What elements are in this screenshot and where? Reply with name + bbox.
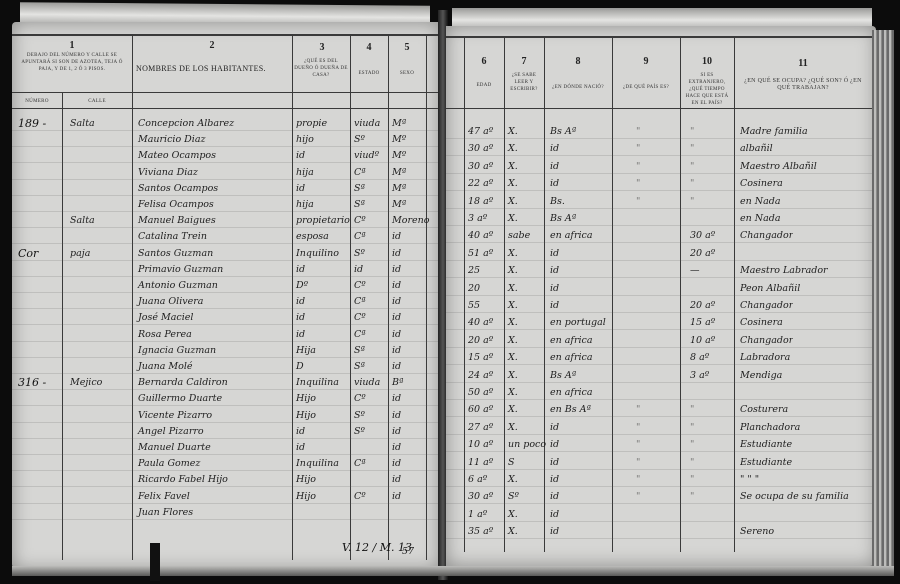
right-row-ocupacion: Maestro Albañil bbox=[740, 161, 817, 173]
col9-label: ¿DE QUÉ PAÍS ES? bbox=[614, 84, 678, 91]
left-row-estado: Cª bbox=[354, 231, 366, 243]
col8-label: ¿EN DÓNDE NACIÓ? bbox=[546, 84, 610, 91]
right-row-edad: 25 bbox=[468, 265, 480, 277]
row-rule bbox=[446, 138, 876, 139]
right-row-pais: " bbox=[636, 439, 640, 451]
row-rule bbox=[12, 162, 440, 163]
right-row-ocupacion: Estudiante bbox=[740, 439, 792, 451]
left-row-relacion: Hijo bbox=[296, 410, 316, 422]
left-row-nombre: Concepcion Albarez bbox=[138, 118, 234, 130]
right-row-tiempo: " bbox=[690, 143, 694, 155]
right-row-pais: " bbox=[636, 457, 640, 469]
right-row-edad: 11 aº bbox=[468, 457, 493, 469]
row-rule bbox=[12, 470, 440, 471]
right-row-pais: " bbox=[636, 404, 640, 416]
left-row-nombre: Manuel Baigues bbox=[138, 215, 216, 227]
left-row-nombre: Mateo Ocampos bbox=[138, 150, 216, 162]
right-row-lee: X. bbox=[508, 248, 518, 260]
right-row-lee: X. bbox=[508, 196, 518, 208]
header-bottom-rule bbox=[12, 92, 440, 93]
left-row-nombre: Felix Favel bbox=[138, 491, 190, 503]
row-rule bbox=[12, 276, 440, 277]
right-row-tiempo: 15 aº bbox=[690, 317, 715, 329]
left-row-estado: Cª bbox=[354, 458, 366, 470]
left-page: 1 DEBAJO DEL NÚMERO Y CALLE SE APUNTARÁ … bbox=[12, 22, 440, 570]
right-row-tiempo: 3 aº bbox=[690, 370, 709, 382]
row-rule bbox=[446, 416, 876, 417]
col1-label: DEBAJO DEL NÚMERO Y CALLE SE APUNTARÁ SI… bbox=[16, 52, 128, 73]
col11-label: ¿EN QUÉ SE OCUPA? ¿QUÉ SON? Ó ¿EN QUÉ TR… bbox=[742, 78, 864, 92]
right-row-lee: X. bbox=[508, 352, 518, 364]
right-row-pais: " bbox=[636, 143, 640, 155]
right-page-top-edge bbox=[452, 8, 872, 28]
row-rule bbox=[12, 503, 440, 504]
col1-number: 1 bbox=[62, 40, 82, 51]
right-row-ocupacion: " " " bbox=[740, 474, 759, 486]
left-row-sexo: id bbox=[392, 231, 401, 243]
col1-sub-calle: CALLE bbox=[64, 98, 130, 105]
col5-number: 5 bbox=[397, 42, 417, 53]
left-row-sexo: id bbox=[392, 345, 401, 357]
left-row-nombre: Juana Olivera bbox=[138, 296, 203, 308]
row-rule bbox=[12, 341, 440, 342]
bookmark-ribbon bbox=[150, 543, 160, 581]
right-row-pais: " bbox=[636, 491, 640, 503]
right-row-ocupacion: Mendiga bbox=[740, 370, 782, 382]
row-rule bbox=[446, 382, 876, 383]
row-rule bbox=[12, 195, 440, 196]
right-row-nacio: en africa bbox=[550, 230, 593, 242]
left-row-sexo: id bbox=[392, 329, 401, 341]
right-row-nacio: en africa bbox=[550, 335, 593, 347]
col7-label: ¿SE SABE LEER Y ESCRIBIR? bbox=[506, 72, 542, 93]
left-row-relacion: Inquilina bbox=[296, 377, 339, 389]
row-rule bbox=[12, 308, 440, 309]
right-row-lee: X. bbox=[508, 126, 518, 138]
right-row-edad: 35 aº bbox=[468, 526, 493, 538]
right-row-nacio: Bs Aª bbox=[550, 370, 576, 382]
right-row-nacio: Bs Aª bbox=[550, 213, 576, 225]
right-row-lee: X. bbox=[508, 317, 518, 329]
col9-number: 9 bbox=[636, 56, 656, 67]
left-row-nombre: Guillermo Duarte bbox=[138, 393, 222, 405]
right-row-ocupacion: Sereno bbox=[740, 526, 774, 538]
left-row-relacion: D bbox=[296, 361, 304, 373]
divider-col2-col3 bbox=[292, 34, 293, 560]
right-row-nacio: id bbox=[550, 300, 559, 312]
row-rule bbox=[12, 373, 440, 374]
right-row-edad: 27 aº bbox=[468, 422, 493, 434]
right-row-nacio: en africa bbox=[550, 352, 593, 364]
right-row-ocupacion: Labradora bbox=[740, 352, 790, 364]
right-row-edad: 18 aº bbox=[468, 196, 493, 208]
left-row-estado: viuda bbox=[354, 118, 380, 130]
left-row-relacion: Inquilina bbox=[296, 458, 339, 470]
right-row-tiempo: " bbox=[690, 457, 694, 469]
right-row-lee: X. bbox=[508, 143, 518, 155]
left-row-nombre: Angel Pizarro bbox=[138, 426, 204, 438]
left-row-relacion: esposa bbox=[296, 231, 329, 243]
col4-label: ESTADO bbox=[352, 70, 386, 77]
left-row-estado: Sº bbox=[354, 426, 365, 438]
right-row-edad: 1 aº bbox=[468, 509, 487, 521]
left-row-relacion: Hijo bbox=[296, 474, 316, 486]
right-row-pais: " bbox=[636, 422, 640, 434]
left-row-nombre: Manuel Duarte bbox=[138, 442, 211, 454]
left-row-relacion: hija bbox=[296, 199, 314, 211]
right-row-pais: " bbox=[636, 126, 640, 138]
right-row-ocupacion: Costurera bbox=[740, 404, 788, 416]
left-row-estado: viudº bbox=[354, 150, 379, 162]
right-row-ocupacion: en Nada bbox=[740, 213, 780, 225]
right-row-lee: Sº bbox=[508, 491, 519, 503]
row-rule bbox=[12, 422, 440, 423]
left-row-relacion: id bbox=[296, 296, 305, 308]
left-row-estado: Cº bbox=[354, 393, 366, 405]
right-row-nacio: id bbox=[550, 161, 559, 173]
row-rule bbox=[446, 242, 876, 243]
left-row-relacion: id bbox=[296, 442, 305, 454]
left-row-nombre: Juana Molé bbox=[138, 361, 193, 373]
left-row-sexo: Moreno bbox=[392, 215, 429, 227]
left-row-sexo: id bbox=[392, 474, 401, 486]
right-row-edad: 20 aº bbox=[468, 335, 493, 347]
right-row-edad: 10 aº bbox=[468, 439, 493, 451]
divider-col1-col2 bbox=[132, 34, 133, 560]
left-row-estado: Cº bbox=[354, 312, 366, 324]
header-top-rule-right bbox=[446, 36, 876, 38]
right-row-edad: 30 aº bbox=[468, 161, 493, 173]
left-row-estado: Sª bbox=[354, 199, 365, 211]
col10-number: 10 bbox=[697, 56, 717, 67]
right-row-lee: X. bbox=[508, 178, 518, 190]
left-row-nombre: Viviana Diaz bbox=[138, 167, 198, 179]
col11-number: 11 bbox=[793, 58, 813, 69]
left-row-nombre: Paula Gomez bbox=[138, 458, 200, 470]
left-row-sexo: Mª bbox=[392, 118, 406, 130]
left-row-relacion: Dº bbox=[296, 280, 308, 292]
right-row-tiempo: — bbox=[690, 265, 700, 277]
right-row-nacio: id bbox=[550, 509, 559, 521]
right-row-lee: X. bbox=[508, 474, 518, 486]
col5-label: SEXO bbox=[390, 70, 424, 77]
left-row-nombre: Felisa Ocampos bbox=[138, 199, 214, 211]
left-row-nombre: Ignacia Guzman bbox=[138, 345, 216, 357]
col3-label: ¿QUÉ ES DEL DUEÑO Ó DUEÑA DE CASA? bbox=[294, 58, 348, 79]
left-row-relacion: Inquilino bbox=[296, 248, 339, 260]
divider-col5-end bbox=[426, 34, 427, 560]
right-row-ocupacion: Cosinera bbox=[740, 178, 783, 190]
left-row-relacion: propie bbox=[296, 118, 327, 130]
left-row-estado: viuda bbox=[354, 377, 380, 389]
row-rule bbox=[446, 225, 876, 226]
right-row-tiempo: 30 aº bbox=[690, 230, 715, 242]
right-row-nacio: id bbox=[550, 526, 559, 538]
col2-number: 2 bbox=[202, 40, 222, 51]
row-rule bbox=[446, 277, 876, 278]
right-row-lee: X. bbox=[508, 283, 518, 295]
col2-label: NOMBRES DE LOS HABITANTES. bbox=[136, 64, 292, 73]
right-row-edad: 6 aº bbox=[468, 474, 487, 486]
left-row-nombre: Rosa Perea bbox=[138, 329, 192, 341]
right-row-edad: 51 aº bbox=[468, 248, 493, 260]
left-row-sexo: id bbox=[392, 491, 401, 503]
right-row-tiempo: 20 aº bbox=[690, 300, 715, 312]
left-row-nombre: José Maciel bbox=[138, 312, 193, 324]
right-row-lee: X. bbox=[508, 161, 518, 173]
right-row-nacio: en Bs Aª bbox=[550, 404, 591, 416]
left-row-relacion: id bbox=[296, 426, 305, 438]
right-row-edad: 3 aº bbox=[468, 213, 487, 225]
col6-number: 6 bbox=[474, 56, 494, 67]
right-row-tiempo: 20 aº bbox=[690, 248, 715, 260]
header-top-rule bbox=[12, 34, 440, 36]
col10-label: SI ES EXTRANJERO, ¿QUÉ TIEMPO HACE QUE E… bbox=[682, 72, 732, 107]
left-row-sexo: id bbox=[392, 361, 401, 373]
right-row-nacio: id bbox=[550, 248, 559, 260]
right-row-edad: 15 aº bbox=[468, 352, 493, 364]
left-row-numero: Cor bbox=[18, 248, 38, 260]
right-row-tiempo: 8 aº bbox=[690, 352, 709, 364]
right-row-ocupacion: Maestro Labrador bbox=[740, 265, 828, 277]
left-row-relacion: hija bbox=[296, 167, 314, 179]
row-rule bbox=[12, 454, 440, 455]
subheader-bottom-rule bbox=[12, 108, 440, 109]
book-bottom-edge bbox=[12, 566, 894, 576]
left-row-estado: id bbox=[354, 264, 363, 276]
left-row-relacion: id bbox=[296, 329, 305, 341]
left-row-sexo: Mª bbox=[392, 167, 406, 179]
right-row-edad: 30 aº bbox=[468, 491, 493, 503]
left-row-estado: Sº bbox=[354, 248, 365, 260]
left-row-sexo: Mª bbox=[392, 199, 406, 211]
left-row-nombre: Mauricio Diaz bbox=[138, 134, 206, 146]
left-row-numero: 316 - bbox=[18, 377, 46, 389]
right-row-nacio: id bbox=[550, 178, 559, 190]
right-row-ocupacion: Madre familia bbox=[740, 126, 808, 138]
left-row-sexo: id bbox=[392, 280, 401, 292]
right-row-lee: un poco bbox=[508, 439, 546, 451]
right-row-nacio: id bbox=[550, 143, 559, 155]
right-row-lee: X. bbox=[508, 509, 518, 521]
row-rule bbox=[446, 521, 876, 522]
right-row-ocupacion: Se ocupa de su familia bbox=[740, 491, 849, 503]
left-row-estado: Cº bbox=[354, 215, 366, 227]
left-row-nombre: Vicente Pizarro bbox=[138, 410, 212, 422]
left-row-sexo: id bbox=[392, 442, 401, 454]
row-rule bbox=[446, 538, 876, 539]
left-row-sexo: id bbox=[392, 426, 401, 438]
row-rule bbox=[12, 146, 440, 147]
left-row-sexo: Mº bbox=[392, 150, 406, 162]
right-row-nacio: id bbox=[550, 474, 559, 486]
right-row-ocupacion: Planchadora bbox=[740, 422, 800, 434]
header-bottom-rule-right bbox=[446, 108, 876, 109]
row-rule bbox=[12, 389, 440, 390]
col4-number: 4 bbox=[359, 42, 379, 53]
col1-sub-numero: NÚMERO bbox=[14, 98, 60, 105]
right-row-nacio: Bs Aª bbox=[550, 126, 576, 138]
row-rule bbox=[12, 292, 440, 293]
left-row-sexo: id bbox=[392, 312, 401, 324]
left-row-nombre: Ricardo Fabel Hijo bbox=[138, 474, 228, 486]
left-row-estado: Sª bbox=[354, 183, 365, 195]
left-row-relacion: id bbox=[296, 183, 305, 195]
right-row-nacio: id bbox=[550, 491, 559, 503]
left-row-calle: paja bbox=[70, 248, 90, 260]
row-rule bbox=[446, 451, 876, 452]
row-rule bbox=[12, 179, 440, 180]
row-rule bbox=[446, 364, 876, 365]
right-row-pais: " bbox=[636, 196, 640, 208]
left-row-sexo: id bbox=[392, 248, 401, 260]
left-row-sexo: id bbox=[392, 264, 401, 276]
left-row-relacion: id bbox=[296, 312, 305, 324]
right-row-edad: 30 aº bbox=[468, 143, 493, 155]
row-rule bbox=[446, 434, 876, 435]
left-row-estado: Sº bbox=[354, 410, 365, 422]
row-rule bbox=[446, 347, 876, 348]
row-rule bbox=[446, 503, 876, 504]
right-row-nacio: id bbox=[550, 265, 559, 277]
right-row-ocupacion: Changador bbox=[740, 300, 793, 312]
left-row-nombre: Juan Flores bbox=[138, 507, 193, 519]
left-row-relacion: id bbox=[296, 264, 305, 276]
left-row-sexo: id bbox=[392, 410, 401, 422]
right-row-tiempo: " bbox=[690, 422, 694, 434]
right-row-nacio: id bbox=[550, 457, 559, 469]
right-row-tiempo: " bbox=[690, 161, 694, 173]
right-row-pais: " bbox=[636, 178, 640, 190]
left-row-relacion: id bbox=[296, 150, 305, 162]
col8-number: 8 bbox=[568, 56, 588, 67]
right-row-edad: 40 aº bbox=[468, 230, 493, 242]
left-row-calle: Salta bbox=[70, 118, 95, 130]
left-row-relacion: hijo bbox=[296, 134, 314, 146]
right-row-lee: sabe bbox=[508, 230, 530, 242]
right-row-ocupacion: Estudiante bbox=[740, 457, 792, 469]
left-row-nombre: Santos Guzman bbox=[138, 248, 213, 260]
right-row-lee: X. bbox=[508, 526, 518, 538]
left-row-estado: Cª bbox=[354, 329, 366, 341]
right-row-tiempo: " bbox=[690, 491, 694, 503]
right-row-tiempo: " bbox=[690, 439, 694, 451]
row-rule bbox=[12, 324, 440, 325]
right-row-ocupacion: albañil bbox=[740, 143, 773, 155]
right-row-edad: 22 aº bbox=[468, 178, 493, 190]
row-rule bbox=[446, 155, 876, 156]
footer-extra: 57 bbox=[402, 546, 414, 558]
row-rule bbox=[446, 486, 876, 487]
left-row-sexo: Bª bbox=[392, 377, 404, 389]
right-row-lee: S bbox=[508, 457, 515, 469]
right-row-ocupacion: Changador bbox=[740, 335, 793, 347]
right-row-edad: 50 aº bbox=[468, 387, 493, 399]
right-row-pais: " bbox=[636, 474, 640, 486]
row-rule bbox=[446, 399, 876, 400]
left-row-sexo: id bbox=[392, 458, 401, 470]
left-row-calle: Mejico bbox=[70, 377, 102, 389]
left-row-nombre: Antonio Guzman bbox=[138, 280, 218, 292]
row-rule bbox=[446, 208, 876, 209]
row-rule bbox=[12, 130, 440, 131]
left-row-nombre: Primavio Guzman bbox=[138, 264, 223, 276]
left-row-sexo: Mª bbox=[392, 183, 406, 195]
right-row-edad: 24 aº bbox=[468, 370, 493, 382]
row-rule bbox=[446, 295, 876, 296]
row-rule bbox=[446, 260, 876, 261]
left-row-nombre: Catalina Trein bbox=[138, 231, 207, 243]
row-rule bbox=[12, 211, 440, 212]
left-row-numero: 189 - bbox=[18, 118, 46, 130]
right-page: 6 EDAD 7 ¿SE SABE LEER Y ESCRIBIR? 8 ¿EN… bbox=[446, 26, 876, 566]
left-row-estado: Cº bbox=[354, 491, 366, 503]
left-row-relacion: Hijo bbox=[296, 393, 316, 405]
left-row-estado: Sª bbox=[354, 361, 365, 373]
right-row-edad: 47 aº bbox=[468, 126, 493, 138]
left-row-estado: Sº bbox=[354, 134, 365, 146]
right-row-lee: X. bbox=[508, 422, 518, 434]
right-row-nacio: en africa bbox=[550, 387, 593, 399]
divider-col3-col4 bbox=[350, 34, 351, 560]
right-row-tiempo: " bbox=[690, 126, 694, 138]
left-row-sexo: Mº bbox=[392, 134, 406, 146]
right-row-lee: X. bbox=[508, 335, 518, 347]
right-row-nacio: id bbox=[550, 283, 559, 295]
row-rule bbox=[12, 519, 440, 520]
left-row-nombre: Bernarda Caldiron bbox=[138, 377, 228, 389]
row-rule bbox=[446, 329, 876, 330]
row-rule bbox=[446, 190, 876, 191]
right-row-edad: 55 bbox=[468, 300, 480, 312]
col6-label: EDAD bbox=[466, 82, 502, 89]
right-row-edad: 20 bbox=[468, 283, 480, 295]
right-row-tiempo: " bbox=[690, 404, 694, 416]
right-row-lee: X. bbox=[508, 370, 518, 382]
left-row-estado: Cª bbox=[354, 296, 366, 308]
col3-number: 3 bbox=[312, 42, 332, 53]
right-row-nacio: en portugal bbox=[550, 317, 606, 329]
right-row-ocupacion: Cosinera bbox=[740, 317, 783, 329]
right-row-tiempo: " bbox=[690, 196, 694, 208]
right-row-ocupacion: Changador bbox=[740, 230, 793, 242]
book-page-edges bbox=[872, 30, 894, 570]
right-row-tiempo: " bbox=[690, 474, 694, 486]
left-row-sexo: id bbox=[392, 393, 401, 405]
right-row-nacio: Bs. bbox=[550, 196, 565, 208]
left-row-calle: Salta bbox=[70, 215, 95, 227]
left-row-relacion: propietario bbox=[296, 215, 350, 227]
col7-number: 7 bbox=[514, 56, 534, 67]
row-rule bbox=[446, 469, 876, 470]
right-row-lee: X. bbox=[508, 404, 518, 416]
left-row-estado: Cª bbox=[354, 167, 366, 179]
row-rule bbox=[12, 357, 440, 358]
right-row-edad: 60 aº bbox=[468, 404, 493, 416]
left-row-relacion: Hijo bbox=[296, 491, 316, 503]
right-row-lee: X. bbox=[508, 213, 518, 225]
row-rule bbox=[12, 486, 440, 487]
left-row-estado: Cº bbox=[354, 280, 366, 292]
row-rule bbox=[12, 438, 440, 439]
right-row-tiempo: " bbox=[690, 178, 694, 190]
left-row-sexo: id bbox=[392, 296, 401, 308]
row-rule bbox=[446, 312, 876, 313]
row-rule bbox=[12, 405, 440, 406]
right-row-lee: X. bbox=[508, 300, 518, 312]
right-row-nacio: id bbox=[550, 439, 559, 451]
row-rule bbox=[12, 227, 440, 228]
